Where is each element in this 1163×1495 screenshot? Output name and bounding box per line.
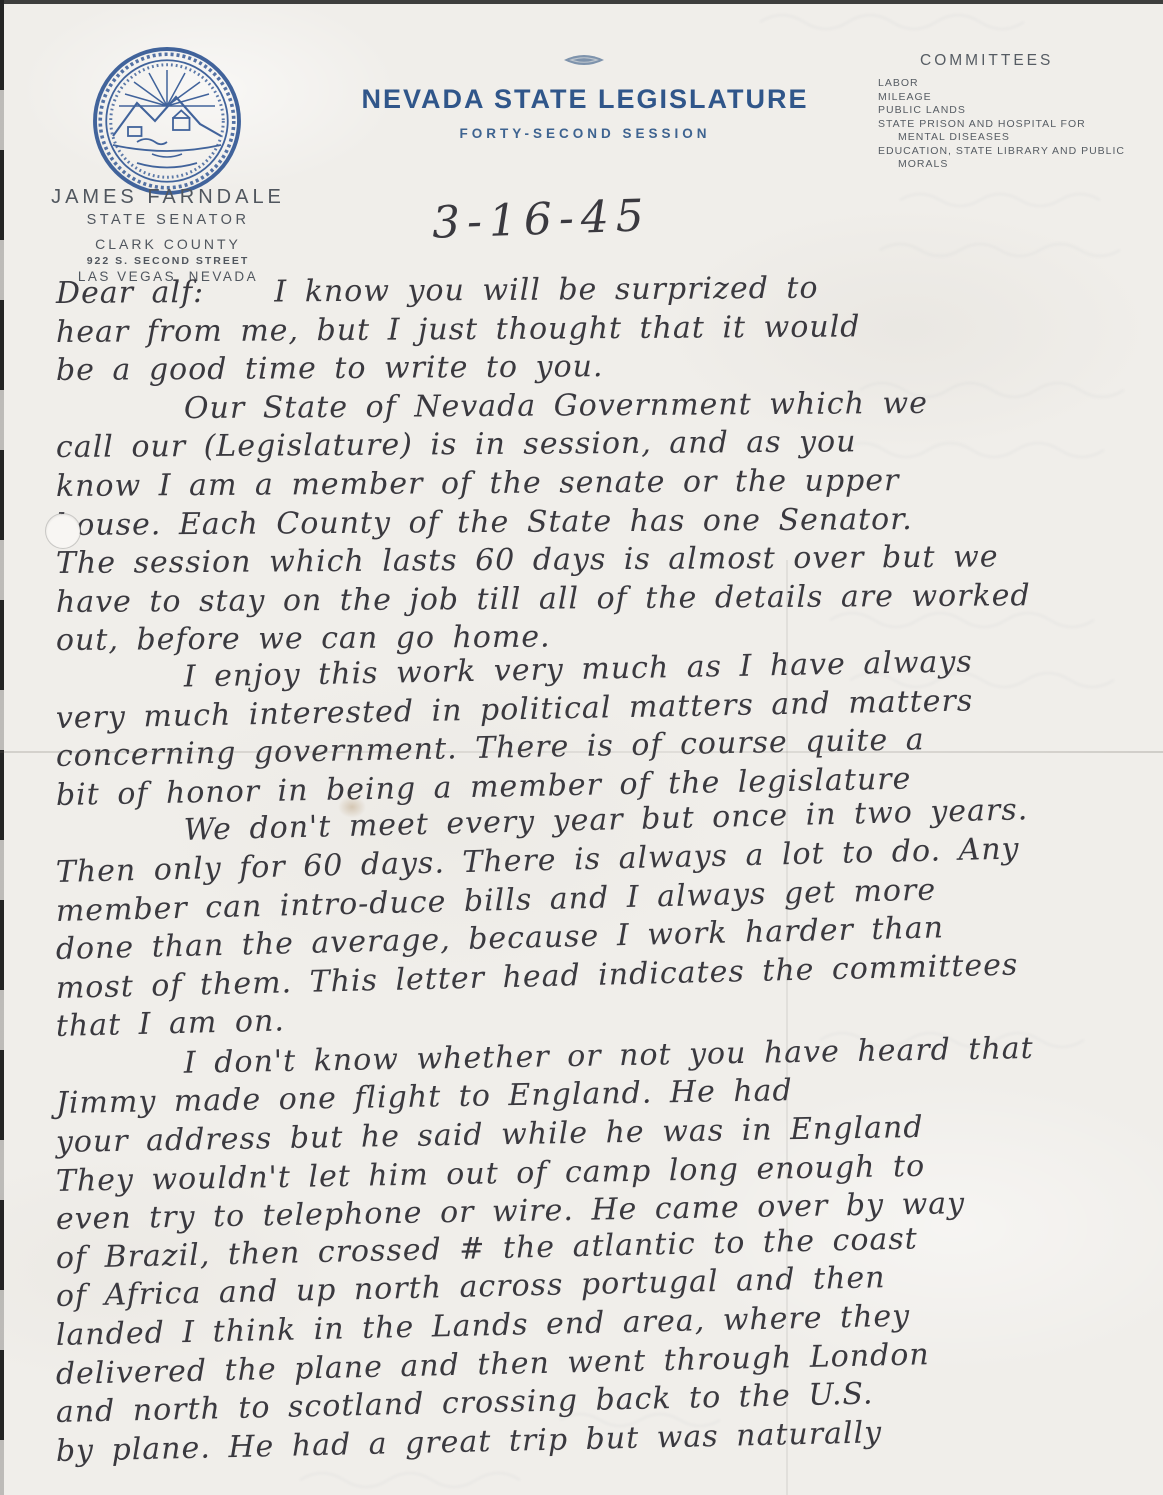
diamond-ornament-icon — [563, 52, 605, 68]
fold-crease-horizontal — [0, 751, 1163, 753]
letter-body: Dear alf: I know you will be surprized t… — [56, 276, 1158, 1472]
body-line-text: have to stay on the job till all of the … — [56, 578, 1031, 620]
body-line-text: house. Each County of the State has one … — [56, 502, 913, 543]
sender-name: JAMES FARNDALE — [28, 186, 308, 209]
committee-item: MILEAGE — [878, 91, 1128, 105]
committees-heading: COMMITTEES — [878, 52, 1128, 70]
org-title: NEVADA STATE LEGISLATURE — [340, 84, 830, 115]
masthead: NEVADA STATE LEGISLATURE FORTY-SECOND SE… — [340, 84, 830, 141]
body-line-text: out, before we can go home. — [56, 620, 551, 658]
committees-block: COMMITTEES LABORMILEAGEPUBLIC LANDSSTATE… — [878, 52, 1128, 172]
sender-block: JAMES FARNDALE STATE SENATOR CLARK COUNT… — [28, 186, 308, 284]
body-line-text: know I am a member of the senate or the … — [56, 463, 900, 504]
hole-punch — [46, 514, 80, 548]
committee-item: LABOR — [878, 77, 1128, 91]
fold-crease-vertical — [786, 560, 788, 1495]
committee-item: STATE PRISON AND HOSPITAL FOR MENTAL DIS… — [878, 118, 1128, 145]
scanned-letter-page: JAMES FARNDALE STATE SENATOR CLARK COUNT… — [0, 0, 1163, 1495]
committee-item: PUBLIC LANDS — [878, 104, 1128, 118]
body-line-text: The session which lasts 60 days is almos… — [56, 540, 999, 582]
nevada-state-seal-icon — [92, 46, 242, 196]
scan-edge-top — [0, 0, 1163, 4]
scan-edge-left — [0, 0, 4, 1495]
session-subtitle: FORTY-SECOND SESSION — [340, 126, 830, 141]
handwritten-date: 3-16-45 — [431, 190, 651, 249]
body-line-text: be a good time to write to you. — [56, 349, 604, 388]
sender-county: CLARK COUNTY — [28, 236, 308, 252]
committees-list: LABORMILEAGEPUBLIC LANDSSTATE PRISON AND… — [878, 77, 1128, 172]
paper-stain — [338, 796, 366, 818]
committee-item: EDUCATION, STATE LIBRARY AND PUBLIC MORA… — [878, 145, 1128, 172]
sender-street: 922 S. SECOND STREET — [28, 255, 308, 267]
body-line-text: Our State of Nevada Government which we — [184, 386, 928, 426]
body-line-text: call our (Legislature) is in session, an… — [56, 425, 857, 466]
body-line-text: Dear alf: I know you will be surprized t… — [56, 271, 819, 311]
body-line-text: hear from me, but I just thought that it… — [56, 309, 861, 350]
body-line-text: that I am on. — [55, 1004, 285, 1045]
sender-title: STATE SENATOR — [28, 212, 308, 228]
